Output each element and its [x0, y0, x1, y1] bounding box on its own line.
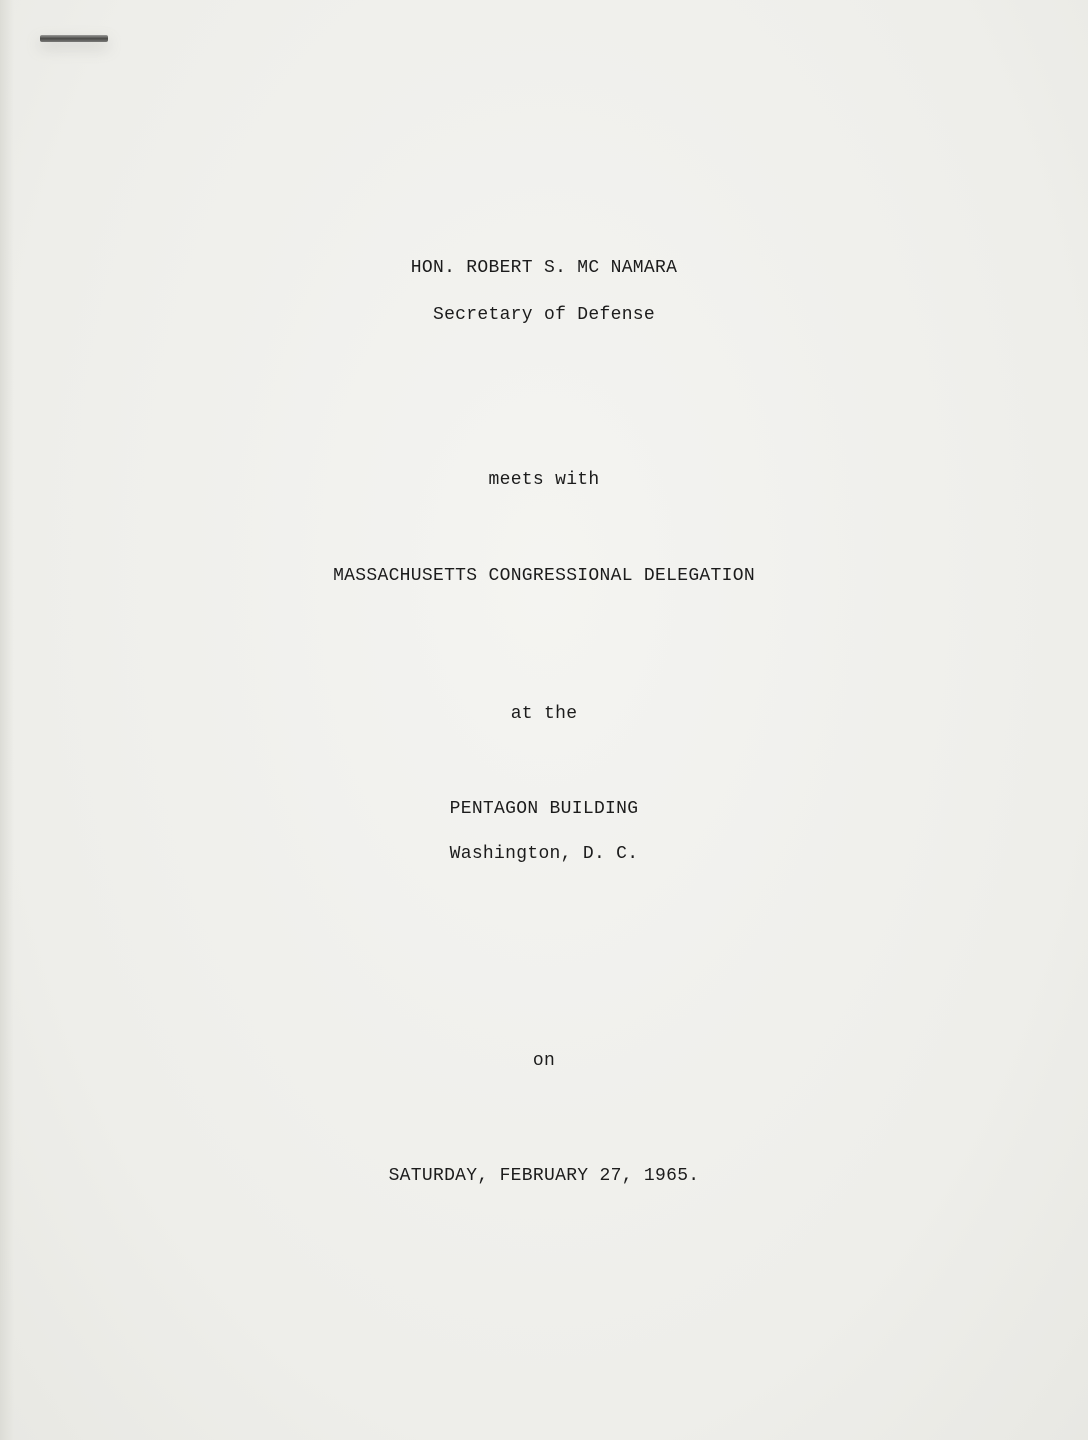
at-line: at the: [0, 704, 1088, 724]
city-line: Washington, D. C.: [0, 844, 1088, 864]
document-page: HON. ROBERT S. MC NAMARA Secretary of De…: [0, 0, 1088, 1440]
name-line: HON. ROBERT S. MC NAMARA: [0, 258, 1088, 278]
on-line: on: [0, 1051, 1088, 1071]
building-line: PENTAGON BUILDING: [0, 799, 1088, 819]
delegation-line: MASSACHUSETTS CONGRESSIONAL DELEGATION: [0, 566, 1088, 586]
staple-icon: [40, 35, 108, 42]
date-line: SATURDAY, FEBRUARY 27, 1965.: [0, 1166, 1088, 1186]
title-line: Secretary of Defense: [0, 305, 1088, 325]
meets-line: meets with: [0, 470, 1088, 490]
